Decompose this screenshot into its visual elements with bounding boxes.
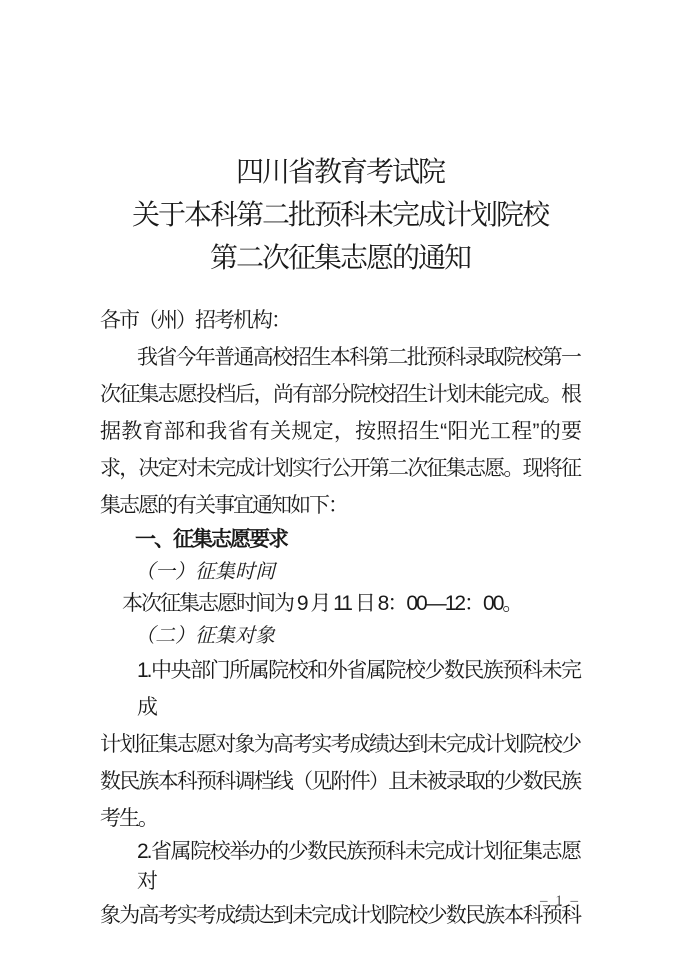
paragraph-line: 数民族本科预科调档线（见附件）且未被录取的少数民族 xyxy=(100,763,580,800)
paragraph-line: 考生。 xyxy=(100,800,580,837)
title-line-subject: 关于本科第二批预科未完成计划院校 xyxy=(100,193,580,236)
subsection-heading-time: （一）征集时间 xyxy=(100,556,580,588)
section-heading: 一、征集志愿要求 xyxy=(100,524,580,556)
time-line: 本次征集志愿时间为 9 月 11 日 8：00—12：00。 xyxy=(100,588,580,620)
paragraph-line: 求，决定对未完成计划实行公开第二次征集志愿。现将征 xyxy=(100,450,580,487)
title-line-issuer: 四川省教育考试院 xyxy=(100,150,580,193)
paragraph-line: 据教育部和我省有关规定，按照招生“阳光工程”的要 xyxy=(100,413,580,450)
paragraph-line: 1.中央部门所属院校和外省属院校少数民族预科未完成 xyxy=(100,652,580,726)
paragraph-line: 我省今年普通高校招生本科第二批预科录取院校第一 xyxy=(100,339,580,376)
paragraph-line: 次征集志愿投档后，尚有部分院校招生计划未能完成。根 xyxy=(100,376,580,413)
paragraph-line: 2.省属院校举办的少数民族预科未完成计划征集志愿对 xyxy=(100,837,580,897)
salutation-line: 各市（州）招考机构： xyxy=(100,302,580,339)
paragraph-line: 计划征集志愿对象为高考实考成绩达到未完成计划院校少 xyxy=(100,726,580,763)
subsection-heading-target: （二）征集对象 xyxy=(100,620,580,652)
page-number: – 1 – xyxy=(540,893,580,910)
paragraph-line: 象为高考实考成绩达到未完成计划院校少数民族本科预科 xyxy=(100,897,580,934)
document-body: 各市（州）招考机构： 我省今年普通高校招生本科第二批预科录取院校第一 次征集志愿… xyxy=(100,302,580,934)
document-page: 四川省教育考试院 关于本科第二批预科未完成计划院校 第二次征集志愿的通知 各市（… xyxy=(100,0,580,934)
title-line-notice: 第二次征集志愿的通知 xyxy=(100,236,580,279)
paragraph-line: 集志愿的有关事宜通知如下： xyxy=(100,487,580,524)
document-title: 四川省教育考试院 关于本科第二批预科未完成计划院校 第二次征集志愿的通知 xyxy=(100,0,580,279)
